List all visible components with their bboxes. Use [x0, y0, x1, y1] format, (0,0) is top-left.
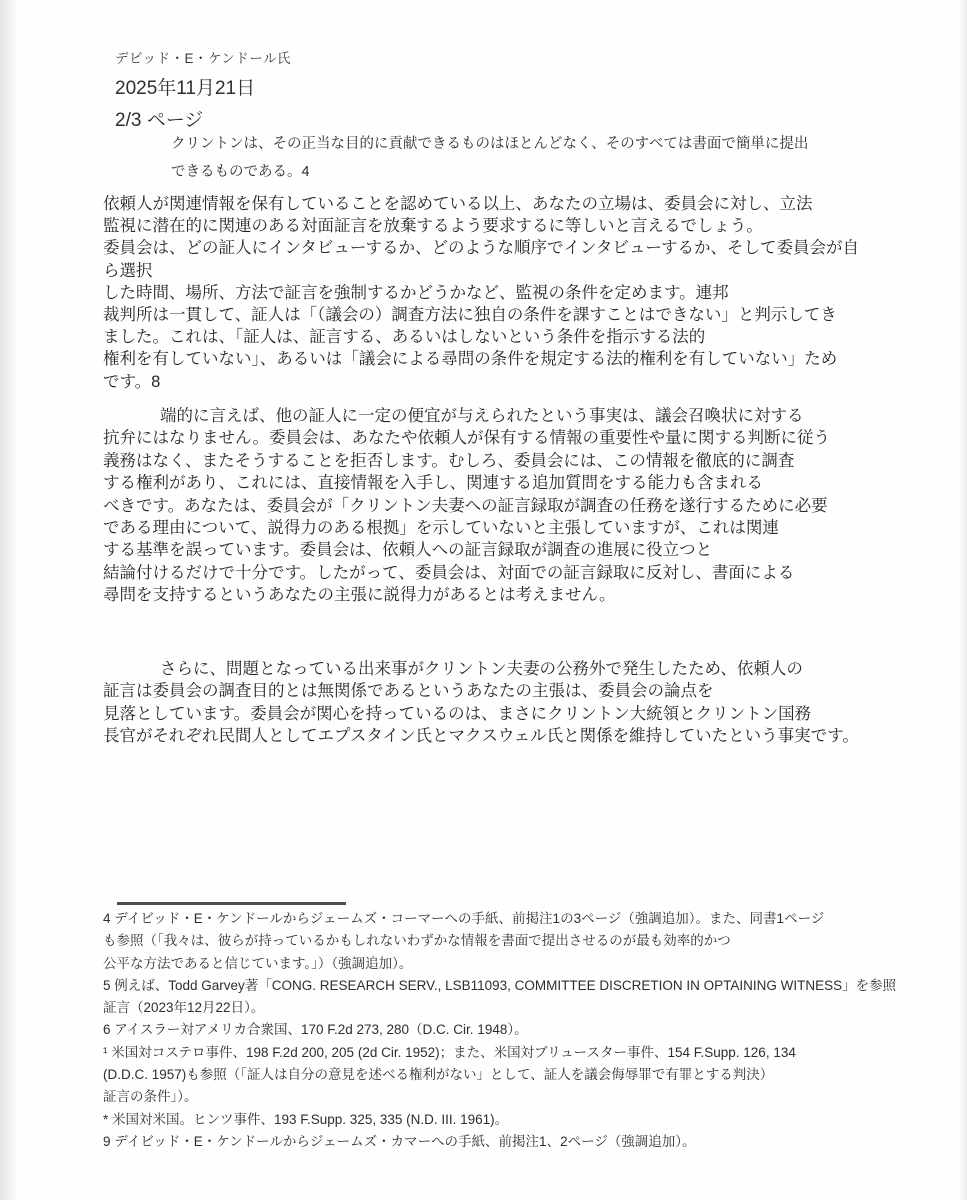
footnote-8: * 米国対米国。ヒンツ事件、193 F.Supp. 325, 335 (N.D.…: [103, 1109, 918, 1131]
indented-quote: クリントンは、その正当な目的に貢献できるものはほとんどなく、そのすべては書面で簡…: [171, 130, 811, 186]
footnote-9: 9 デイビッド・E・ケンドールからジェームズ・カマーへの手紙、前掲注1、2ページ…: [103, 1131, 918, 1153]
page-left-edge-shadow: [0, 0, 16, 1200]
footnote-separator: [117, 902, 346, 905]
letter-header: デビッド・E・ケンドール氏 2025年11月21日 2/3 ページ: [115, 47, 291, 132]
body-paragraph-3: さらに、問題となっている出来事がクリントン夫妻の公務外で発生したため、依頼人の …: [103, 658, 893, 748]
footnote-5: 5 例えば、Todd Garvey著「CONG. RESEARCH SERV.,…: [103, 975, 918, 1020]
body-paragraph-1: 依頼人が関連情報を保有していることを認めている以上、あなたの立場は、委員会に対し…: [103, 193, 875, 393]
recipient-name: デビッド・E・ケンドール氏: [115, 47, 291, 67]
body-paragraph-2: 端的に言えば、他の証人に一定の便宜が与えられたという事実は、議会召喚状に対する …: [103, 405, 881, 607]
footnotes-section: 4 デイビッド・E・ケンドールからジェームズ・コーマーへの手紙、前掲注1の3ペー…: [103, 908, 918, 1153]
letter-date: 2025年11月21日: [115, 73, 291, 100]
page-right-edge-shadow: [959, 0, 967, 1200]
footnote-7: ¹ 米国対コステロ事件、198 F.2d 200, 205 (2d Cir. 1…: [103, 1042, 918, 1109]
scanned-letter-page: デビッド・E・ケンドール氏 2025年11月21日 2/3 ページ クリントンは…: [0, 0, 967, 1200]
footnote-4: 4 デイビッド・E・ケンドールからジェームズ・コーマーへの手紙、前掲注1の3ペー…: [103, 908, 918, 975]
page-number: 2/3 ページ: [115, 105, 291, 132]
footnote-6: 6 アイスラー対アメリカ合衆国、170 F.2d 273, 280（D.C. C…: [103, 1019, 918, 1041]
